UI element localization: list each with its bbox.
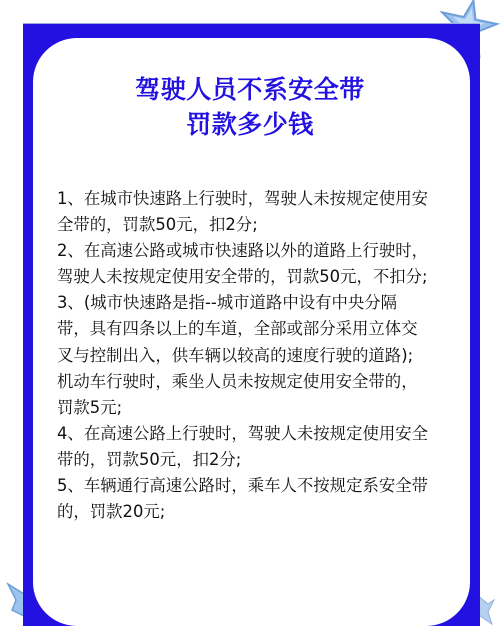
rule-item-1: 1、在城市快速路上行驶时，驾驶人未按规定使用安全带的，罚款50元，扣2分;: [57, 186, 429, 238]
title-line-1: 驾驶人员不系安全带: [0, 72, 500, 107]
rule-item-4: 4、在高速公路上行驶时，驾驶人未按规定使用安全带的，罚款50元，扣2分;: [57, 421, 429, 473]
title-line-2: 罚款多少钱: [0, 107, 500, 142]
rule-item-5: 5、车辆通行高速公路时，乘车人不按规定系安全带的，罚款20元;: [57, 473, 429, 525]
page-title: 驾驶人员不系安全带 罚款多少钱: [0, 72, 500, 142]
rule-item-2: 2、在高速公路或城市快速路以外的道路上行驶时，驾驶人未按规定使用安全带的，罚款5…: [57, 238, 429, 290]
rule-item-3: 3、(城市快速路是指--城市道路中设有中央分隔带，具有四条以上的车道，全部或部分…: [57, 290, 429, 420]
rules-list: 1、在城市快速路上行驶时，驾驶人未按规定使用安全带的，罚款50元，扣2分; 2、…: [57, 186, 429, 525]
